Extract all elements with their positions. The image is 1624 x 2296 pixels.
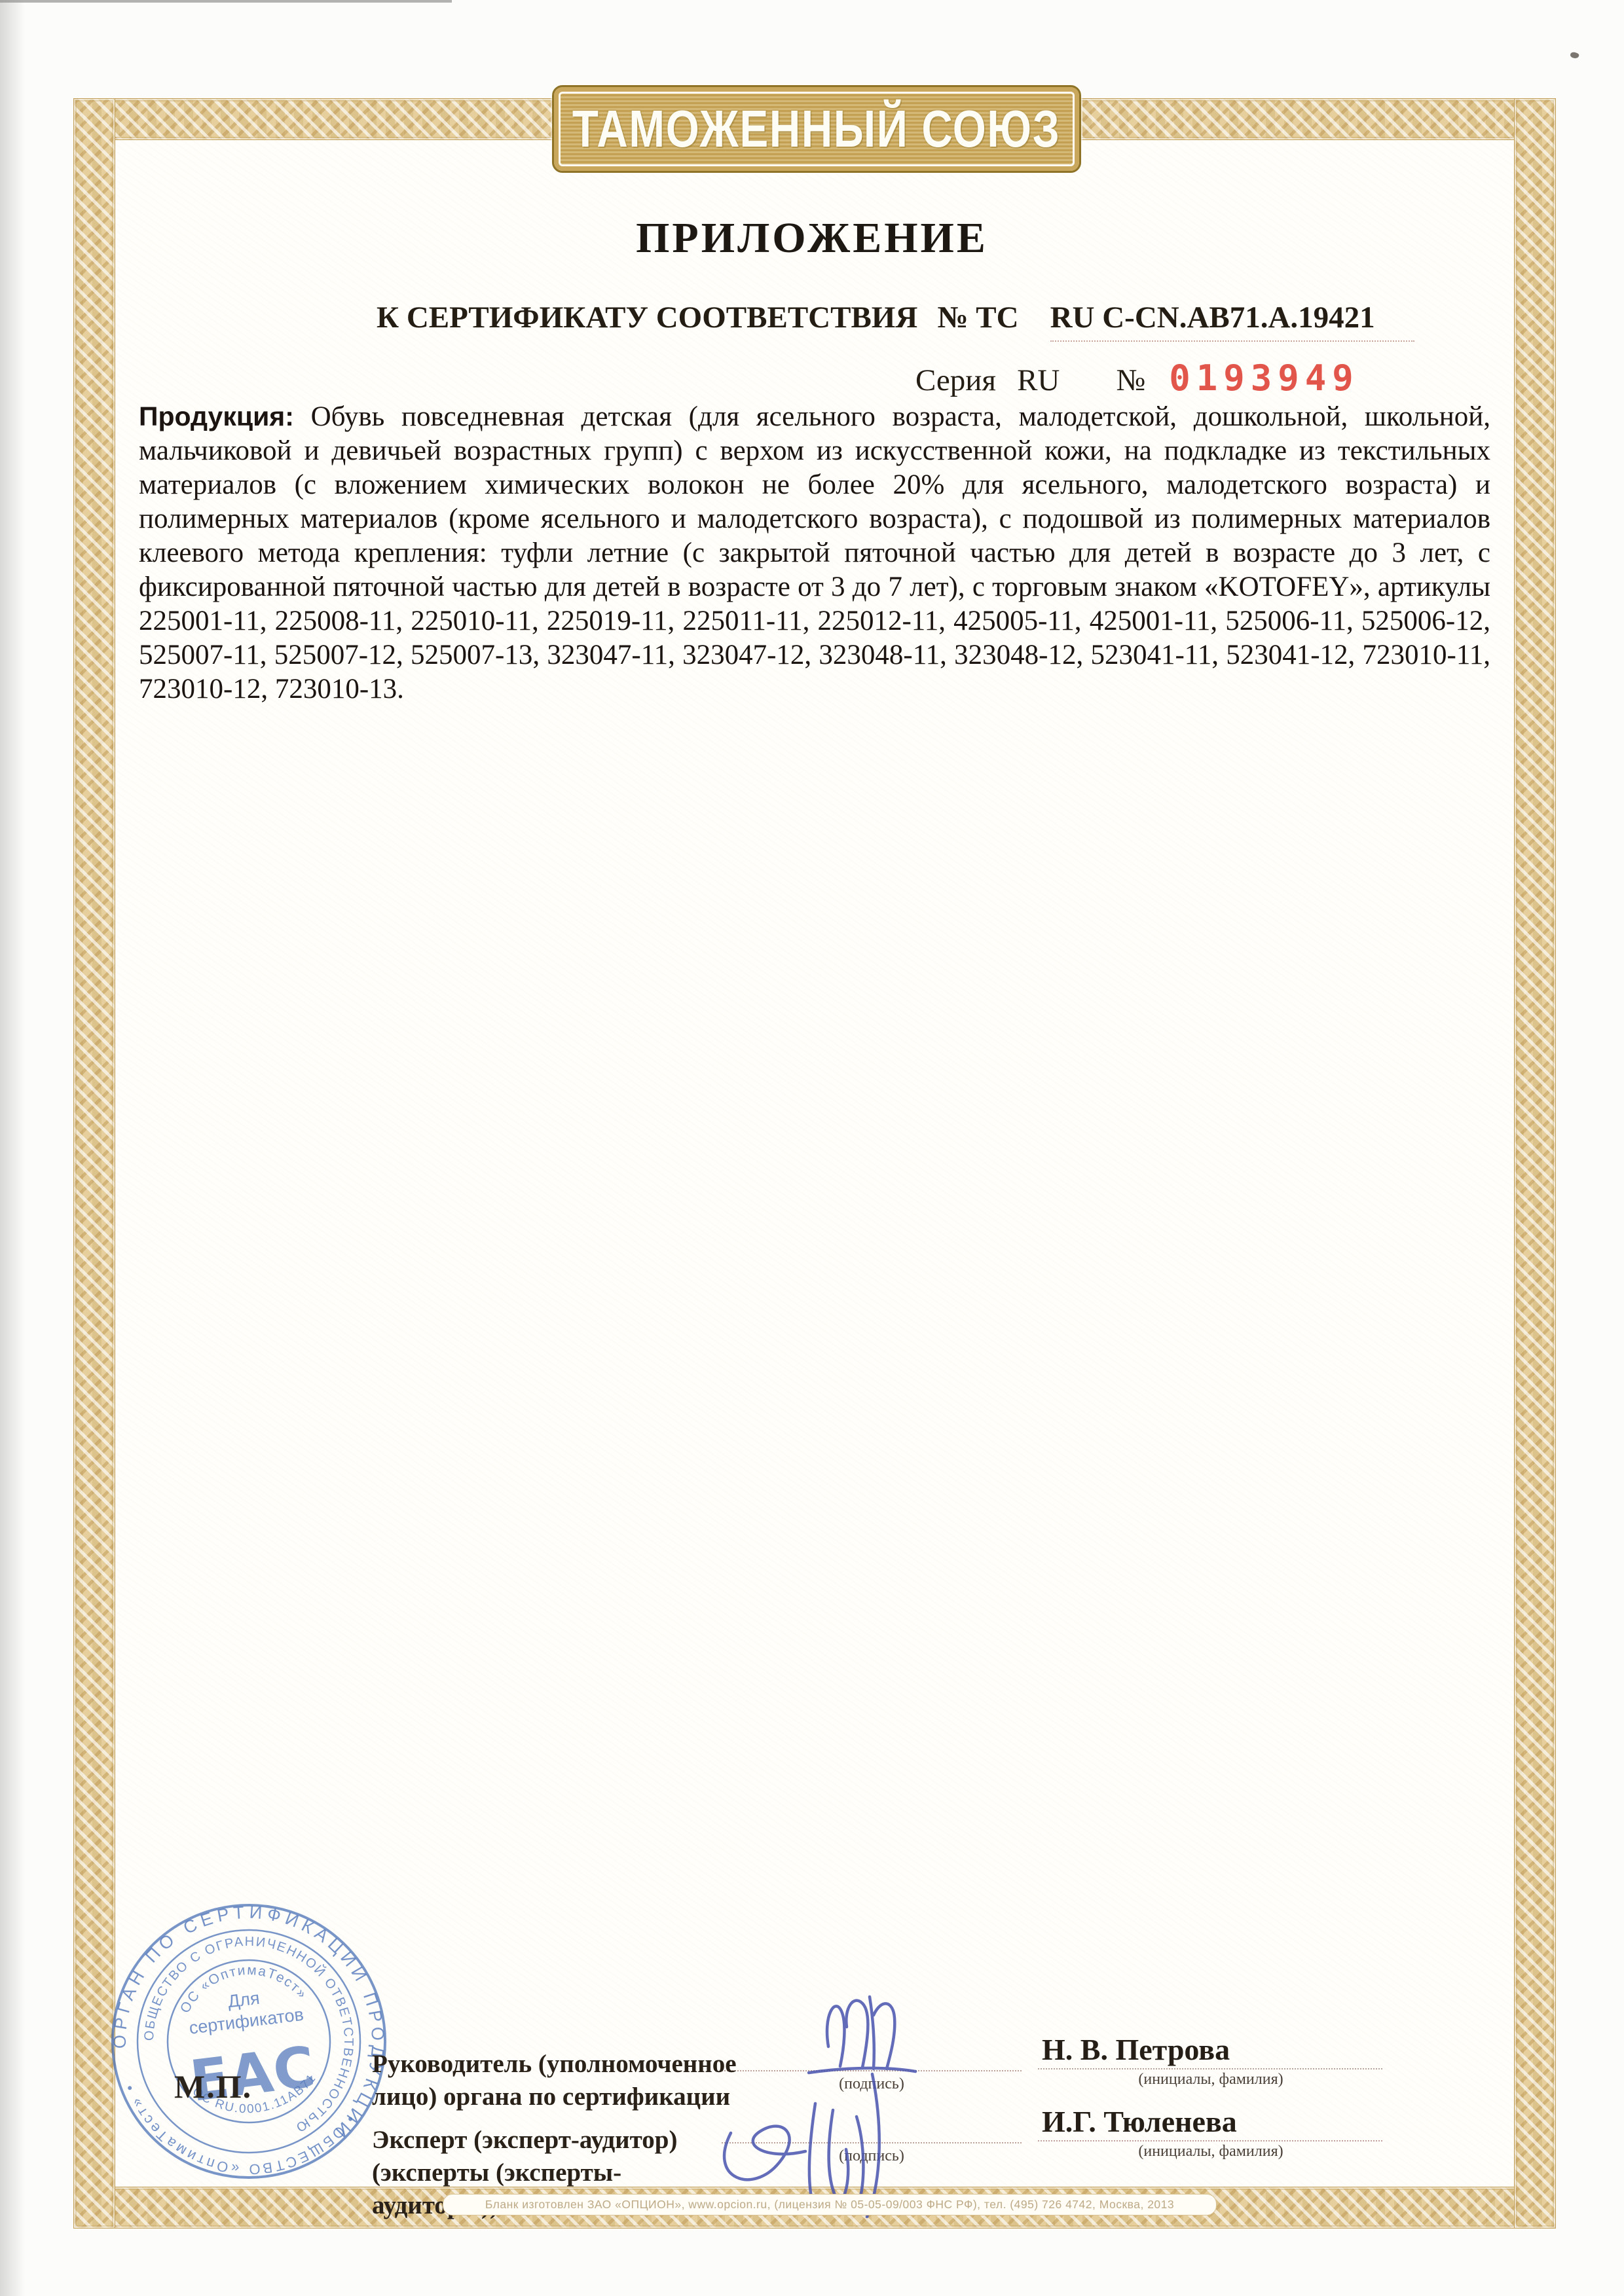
customs-union-banner-text: ТАМОЖЕННЫЙ СОЮЗ (572, 99, 1061, 159)
form-manufacturer-imprint: Бланк изготовлен ЗАО «ОПЦИОН», www.opcio… (443, 2194, 1217, 2215)
series-label: Серия (915, 363, 996, 398)
certificate-number-label: № ТС (937, 300, 1018, 335)
series-line: Серия RU № 0193949 (915, 357, 1359, 399)
stamp-graphic: ОРГАН ПО СЕРТИФИКАЦИИ ПРОДУКЦИИ • ОБЩЕСТ… (88, 1881, 409, 2202)
certification-stamp: ОРГАН ПО СЕРТИФИКАЦИИ ПРОДУКЦИИ • ОБЩЕСТ… (88, 1881, 409, 2202)
page-title: ПРИЛОЖЕНИЕ (0, 213, 1624, 263)
scan-artifact-speck (1570, 51, 1579, 60)
signatory-name-1: Н. В. Петрова (инициалы, фамилия) (1038, 2032, 1384, 2088)
imprint-text: Бланк изготовлен ЗАО «ОПЦИОН», www.opcio… (485, 2198, 1174, 2212)
certificate-appendix-page: { "header": { "banner": "ТАМОЖЕННЫЙ СОЮЗ… (0, 0, 1624, 2296)
series-number-sign: № (1116, 363, 1145, 398)
stamp-place-label: М.П. (174, 2068, 252, 2105)
frame-border-left (73, 98, 115, 2229)
series-region: RU (1017, 363, 1060, 398)
name1-caption: (инициалы, фамилия) (1038, 2071, 1384, 2088)
stamp-ring2-text: ОБЩЕСТВО С ОГРАНИЧЕННОЙ ОТВЕТСТВЕННОСТЬЮ (131, 1922, 367, 2153)
handwritten-signatures (668, 1969, 1008, 2218)
stamp-center-line2: сертификатов (188, 2005, 304, 2038)
frame-border-right (1514, 98, 1556, 2229)
customs-union-banner: ТАМОЖЕННЫЙ СОЮЗ (552, 85, 1081, 173)
scan-artifact-line (0, 0, 452, 3)
stamp-center-line1: Для (227, 1988, 261, 2012)
certificate-number-line: К СЕРТИФИКАТУ СООТВЕТСТВИЯ № ТС RU C-CN.… (377, 300, 1414, 342)
scan-edge-shadow (0, 0, 25, 2296)
name1-text: Н. В. Петрова (1038, 2032, 1382, 2069)
serial-number: 0193949 (1169, 357, 1359, 399)
product-label: Продукция: (139, 401, 294, 431)
certificate-number-value: RU C-CN.АВ71.А.19421 (1050, 300, 1414, 342)
name2-text: И.Г. Тюленева (1038, 2104, 1382, 2141)
signatory-name-2: И.Г. Тюленева (инициалы, фамилия) (1038, 2104, 1384, 2160)
product-text: Обувь повседневная детская (для ясельног… (139, 401, 1490, 704)
svg-text:ОБЩЕСТВО С ОГРАНИЧЕННОЙ ОТВЕТС: ОБЩЕСТВО С ОГРАНИЧЕННОЙ ОТВЕТСТВЕННОСТЬЮ (131, 1922, 367, 2153)
product-description: Продукция: Обувь повседневная детская (д… (139, 399, 1490, 706)
certificate-line-prefix: К СЕРТИФИКАТУ СООТВЕТСТВИЯ (377, 300, 917, 335)
name2-caption: (инициалы, фамилия) (1038, 2143, 1384, 2160)
